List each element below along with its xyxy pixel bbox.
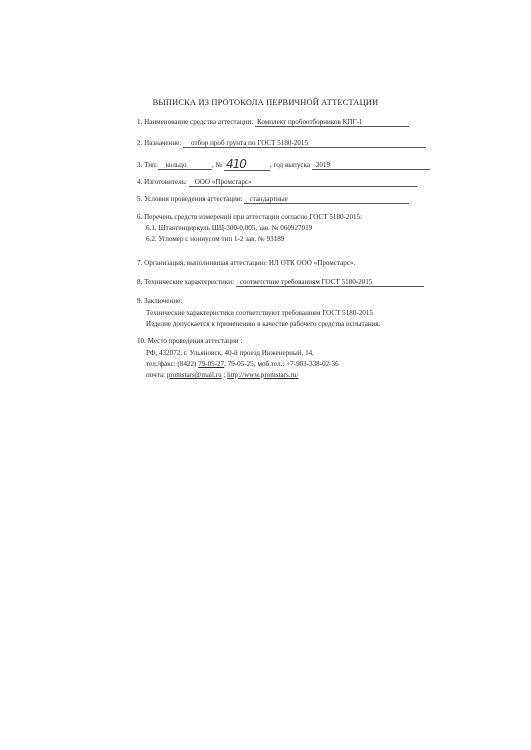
handwritten-number: 410 xyxy=(226,157,246,171)
item-3-number: 410 xyxy=(224,156,270,171)
phones: тел./факс: (8422) 79-05-27, 79-05-25; мо… xyxy=(146,360,339,368)
item-1: 1. Наименование средства аттестации: Ком… xyxy=(137,118,409,127)
address: РФ, 432072, г. Ульяновск, 40-й проезд Ин… xyxy=(146,349,314,357)
website-link[interactable]: http://www.promstars.ru/ xyxy=(227,371,298,379)
item-6-1: 6.1. Штангенциркуль ШЦ-300-0,005, зав. №… xyxy=(146,224,312,232)
item-1-label: 1. Наименование средства аттестации: xyxy=(137,118,253,126)
item-9-line-1: Технические характеристики соответствуют… xyxy=(146,309,373,317)
item-10-label: 10. Место проведения аттестации : xyxy=(137,337,242,345)
document-page: ВЫПИСКА ИЗ ПРОТОКОЛА ПЕРВИЧНОЙ АТТЕСТАЦИ… xyxy=(0,0,531,750)
item-2: 2. Назначение: отбор проб грунта по ГОСТ… xyxy=(137,139,426,148)
item-6-label: 6. Перечень средств измерений при аттест… xyxy=(137,213,362,221)
item-3-year: 2019 xyxy=(312,161,430,170)
item-4-value: ООО «Промстарс» xyxy=(189,178,417,187)
item-8-value: соответствие требованиям ГОСТ 5180-2015 xyxy=(236,278,424,287)
item-3-year-label: , год выпуска xyxy=(270,161,310,169)
item-3-label: 3. Тип: xyxy=(137,161,158,169)
item-5: 5. Условия проведения аттестации: станда… xyxy=(137,195,409,204)
item-5-label: 5. Условия проведения аттестации: xyxy=(137,195,243,203)
item-8: 8. Технические характеристики: соответст… xyxy=(137,278,424,287)
item-3-type: кольцо xyxy=(158,161,212,170)
item-2-label: 2. Назначение: xyxy=(137,139,181,147)
document-title: ВЫПИСКА ИЗ ПРОТОКОЛА ПЕРВИЧНОЙ АТТЕСТАЦИ… xyxy=(0,98,531,107)
item-9-label: 9. Заключение: xyxy=(137,297,182,305)
item-4-label: 4. Изготовитель: xyxy=(137,178,187,186)
phone-link[interactable]: 79-05-27 xyxy=(198,360,224,368)
phone-prefix: тел./факс: (8422) xyxy=(146,360,196,368)
item-1-value: Комплект пробоотборников КПГ-1 xyxy=(255,118,409,127)
contacts: почта: promstars@mail.ru ; http://www.pr… xyxy=(146,371,298,379)
item-3-number-label: , № xyxy=(212,161,222,169)
item-4: 4. Изготовитель: ООО «Промстарс» xyxy=(137,178,417,187)
email-link[interactable]: promstars@mail.ru xyxy=(167,371,222,379)
item-9-line-2: Изделие допускается к применению в качес… xyxy=(146,320,380,328)
item-6-2: 6.2. Угломер с нониусом тип 1-2 зав. № 9… xyxy=(146,235,284,243)
phone-rest: , 79-05-25; моб.тел.: +7-903-338-02-36 xyxy=(224,360,339,368)
item-3: 3. Тип:кольцо, № 410, год выпуска 2019 xyxy=(137,156,430,171)
item-2-value: отбор проб грунта по ГОСТ 5180-2015 xyxy=(183,139,426,148)
item-5-value: стандартные xyxy=(244,195,409,204)
item-7: 7. Организация, выполнившая аттестацию: … xyxy=(137,259,355,267)
item-8-label: 8. Технические характеристики: xyxy=(137,278,234,286)
mail-prefix: почта: xyxy=(146,371,165,379)
